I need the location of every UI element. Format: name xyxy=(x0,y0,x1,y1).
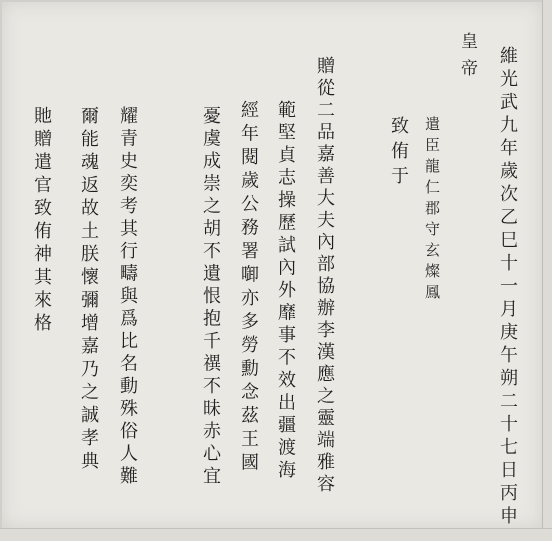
text-column-offering: 致侑于 xyxy=(389,116,407,191)
text-column-date: 維光武九年歲次乙巳十一月庚午朔二十七日丙申 xyxy=(498,46,516,529)
text-column-envoy: 遣臣龍仁郡守玄燦鳳 xyxy=(424,116,439,305)
text-column-8: 憂虞成崇之胡不遺恨抱千禩不昧赤心宜 xyxy=(201,106,219,489)
paper-edge-bottom xyxy=(0,528,552,541)
text-column-10: 爾能魂返故土朕懷彌增嘉乃之誠孝典 xyxy=(79,106,97,474)
text-column-7: 經年閱歲公務署啣亦多勞勳念茲王國 xyxy=(239,100,257,476)
text-column-9: 耀青史奕考其行疇與爲比名動殊俗人難 xyxy=(118,106,136,489)
text-column-11: 貤贈遣官致侑神其來格 xyxy=(32,106,50,336)
text-column-5: 贈從二品嘉善大夫內部協辦李漢應之靈端雅容 xyxy=(315,56,333,496)
paper-edge-right xyxy=(542,0,552,541)
text-column-6: 範堅貞志操歷試內外靡事不效出疆渡海 xyxy=(276,100,294,483)
text-column-emperor: 皇帝 xyxy=(458,32,475,86)
